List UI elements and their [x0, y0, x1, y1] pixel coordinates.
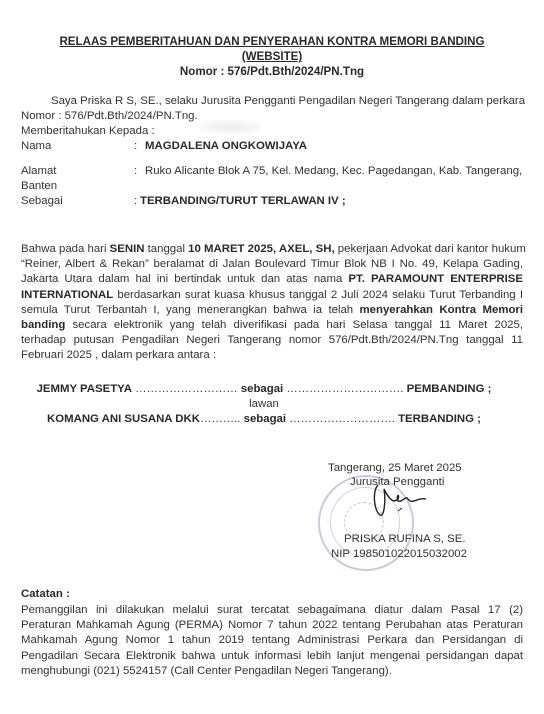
appellant-line: JEMMY PASETYA ……………………… sebagai ………………………: [0, 383, 536, 395]
recipient-role: TERBANDING/TURUT TERLAWAN IV ;: [140, 195, 346, 207]
intro-line-1: Saya Priska R S, SE., selaku Jurusita Pe…: [51, 95, 525, 107]
intro-line-3: Memberitahukan Kepada :: [21, 125, 155, 137]
name-label: Nama: [21, 140, 51, 152]
address-colon: :: [134, 165, 137, 177]
note-line-4: Pengadilan Secara Elektronik bahwa untuk…: [21, 649, 523, 664]
respondent-line: KOMANG ANI SUSANA DKK……….. sebagai ………………: [0, 413, 536, 425]
intro-line-2: Nomor : 576/Pdt.Bth/2024/PN.Tng.: [21, 110, 198, 122]
scan-smudge: [200, 120, 260, 134]
note-line-2: Peraturan Mahkamah Agung (PERMA) Nomor 7…: [21, 618, 523, 633]
address-label: Alamat: [21, 165, 56, 177]
para-line-5: semula Turut Terbantah I, yang menerangk…: [21, 303, 523, 318]
main-paragraph: Bahwa pada hari SENIN tanggal 10 MARET 2…: [21, 242, 523, 364]
para-line-8: Februari 2025 , dalam perkara antara :: [21, 348, 523, 363]
note-line-3: Mahkamah Agung Nomor 1 tahun 2019 tentan…: [21, 633, 523, 648]
recipient-name: MAGDALENA ONGKOWIJAYA: [145, 140, 307, 152]
recipient-address: Ruko Alicante Blok A 75, Kel. Medang, Ke…: [145, 165, 522, 177]
name-colon: :: [134, 140, 137, 152]
para-line-1: Bahwa pada hari SENIN tanggal 10 MARET 2…: [21, 242, 523, 257]
document-subtitle: (WEBSITE): [0, 50, 544, 63]
note-line-5: menghubungi (021) 5524157 (Call Center P…: [21, 664, 523, 679]
role-colon: :: [134, 195, 137, 207]
note-line-1: Pemanggilan ini dilakukan melalui surat …: [21, 603, 523, 618]
signer-nip: NIP 198501022015032002: [331, 548, 467, 560]
versus-label: lawan: [0, 398, 536, 410]
case-number: Nomor : 576/Pdt.Bth/2024/PN.Tng: [0, 65, 544, 78]
signer-name: PRISKA RUFINA S, SE.: [344, 533, 466, 545]
para-line-2: “Reiner, Albert & Rekan” beralamat di Ja…: [21, 257, 523, 272]
signature-place-date: Tangerang, 25 Maret 2025: [328, 462, 462, 474]
note-heading: Catatan :: [21, 588, 70, 600]
recipient-address-cont: Banten: [21, 180, 57, 192]
para-line-6: banding secara elektronik yang telah div…: [21, 318, 523, 333]
document-title: RELAAS PEMBERITAHUAN DAN PENYERAHAN KONT…: [0, 35, 544, 48]
para-line-4: INTERNATIONAL berdasarkan surat kuasa kh…: [21, 288, 523, 303]
role-label: Sebagai: [21, 195, 63, 207]
para-line-7: terhadap putusan Pengadilan Negeri Tange…: [21, 333, 523, 348]
note-paragraph: Pemanggilan ini dilakukan melalui surat …: [21, 603, 523, 679]
document-page: RELAAS PEMBERITAHUAN DAN PENYERAHAN KONT…: [0, 0, 544, 714]
signature-position: Jurusita Pengganti: [350, 476, 444, 488]
para-line-3: Jakarta Utara dalam hal ini bertindak un…: [21, 272, 523, 287]
